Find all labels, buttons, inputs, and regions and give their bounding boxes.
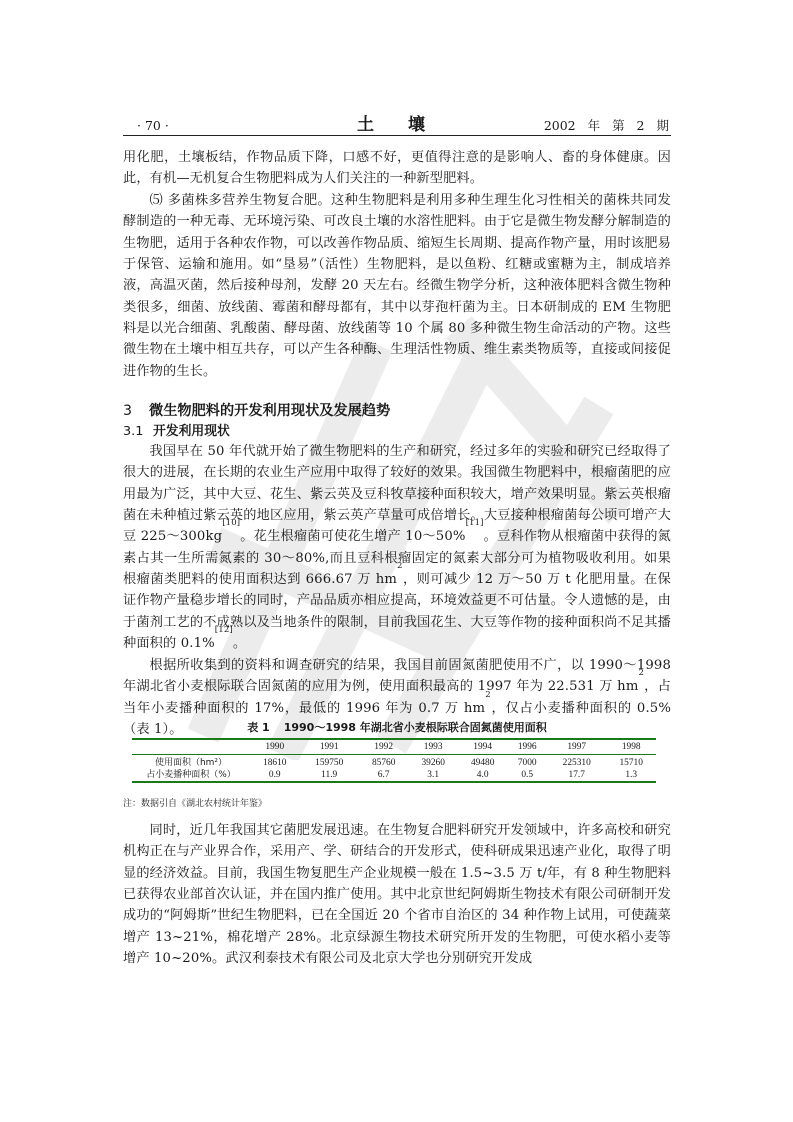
paragraph-development-status: 我国早在 50 年代就开始了微生物肥料的生产和研究，经过多年的实验和研究已经取得… <box>123 441 671 654</box>
citation-ref: [10] <box>222 518 240 528</box>
subsection-number: 3.1 <box>123 423 153 441</box>
text-run: 根据所收集到的资料和调查研究的结果，我国目前固氮菌肥使用不广，以 1990～19… <box>123 658 671 694</box>
table-cell: 39260 <box>408 755 458 770</box>
table-cell: 49480 <box>458 755 508 770</box>
running-header: · 70 · 土壤 2002 年 第 2 期 <box>123 117 671 136</box>
table-header-cell: 1996 <box>507 739 547 755</box>
paragraph-item-5: ⑸ 多菌株多营养生物复合肥。这种生物肥料是利用多种生理生化习性相关的菌株共同发酵… <box>123 190 671 382</box>
table-row: 使用面积（hm²） 18610 159750 85760 39260 49480… <box>132 755 656 770</box>
superscript: 2 <box>397 561 403 571</box>
table-cell: 6.7 <box>359 769 409 782</box>
section-heading-3: 3微生物肥料的开发利用现状及发展趋势 <box>123 401 390 421</box>
table-row: 占小麦播种面积（%） 0.9 11.9 6.7 3.1 4.0 0.5 17.7… <box>132 769 656 782</box>
table-cell: 159750 <box>300 755 359 770</box>
citation-ref: [12] <box>215 625 233 635</box>
table-cell: 85760 <box>359 755 409 770</box>
superscript: 2 <box>485 690 491 700</box>
table-corner-cell <box>132 739 250 755</box>
table-title: 1990～1998 年湖北省小麦根际联合固氮菌使用面积 <box>284 721 547 734</box>
table-note: 注：数据引自《湖北农村统计年鉴》 <box>123 797 267 811</box>
citation-ref: [11] <box>466 518 484 528</box>
table-number: 表 1 <box>247 721 269 734</box>
section-number: 3 <box>123 401 149 421</box>
superscript: 2 <box>638 668 644 678</box>
text-run: 。花生根瘤菌可使花生增产 10～50% <box>240 529 465 544</box>
section-title: 微生物肥料的开发利用现状及发展趋势 <box>149 403 390 419</box>
table-caption: 表 11990～1998 年湖北省小麦根际联合固氮菌使用面积 <box>123 720 671 736</box>
table-header-cell: 1992 <box>359 739 409 755</box>
table-header-cell: 1997 <box>547 739 606 755</box>
paragraph-other-fertilizers: 同时，近几年我国其它菌肥发展迅速。在生物复合肥料研究开发领域中，许多高校和研究机… <box>123 820 671 969</box>
journal-title: 土壤 <box>357 116 459 134</box>
table-cell: 0.5 <box>507 769 547 782</box>
table-cell: 3.1 <box>408 769 458 782</box>
table-header-row: 1990 1991 1992 1993 1994 1996 1997 1998 <box>132 739 656 755</box>
page-number: · 70 · <box>137 117 169 135</box>
issue-label: 2002 年 第 2 期 <box>544 117 669 135</box>
subsection-heading-3-1: 3.1开发利用现状 <box>123 423 230 441</box>
row-label: 占小麦播种面积（%） <box>132 769 250 782</box>
table-cell: 4.0 <box>458 769 508 782</box>
table-cell: 225310 <box>547 755 606 770</box>
row-label: 使用面积（hm²） <box>132 755 250 770</box>
table-cell: 0.9 <box>250 769 300 782</box>
text-run: 。 <box>233 636 246 651</box>
table-header-cell: 1990 <box>250 739 300 755</box>
subsection-title: 开发利用现状 <box>153 424 230 439</box>
data-table: 1990 1991 1992 1993 1994 1996 1997 1998 … <box>132 738 656 783</box>
table-header-cell: 1994 <box>458 739 508 755</box>
table-header-cell: 1991 <box>300 739 359 755</box>
table-header-cell: 1993 <box>408 739 458 755</box>
table-cell: 11.9 <box>300 769 359 782</box>
table-header-cell: 1998 <box>606 739 656 755</box>
table-cell: 1.3 <box>606 769 656 782</box>
table-cell: 7000 <box>507 755 547 770</box>
table-cell: 18610 <box>250 755 300 770</box>
paragraph-continuation: 用化肥，土壤板结，作物品质下降，口感不好，更值得注意的是影响人、畜的身体健康。因… <box>123 147 671 190</box>
table-cell: 15710 <box>606 755 656 770</box>
table-cell: 17.7 <box>547 769 606 782</box>
